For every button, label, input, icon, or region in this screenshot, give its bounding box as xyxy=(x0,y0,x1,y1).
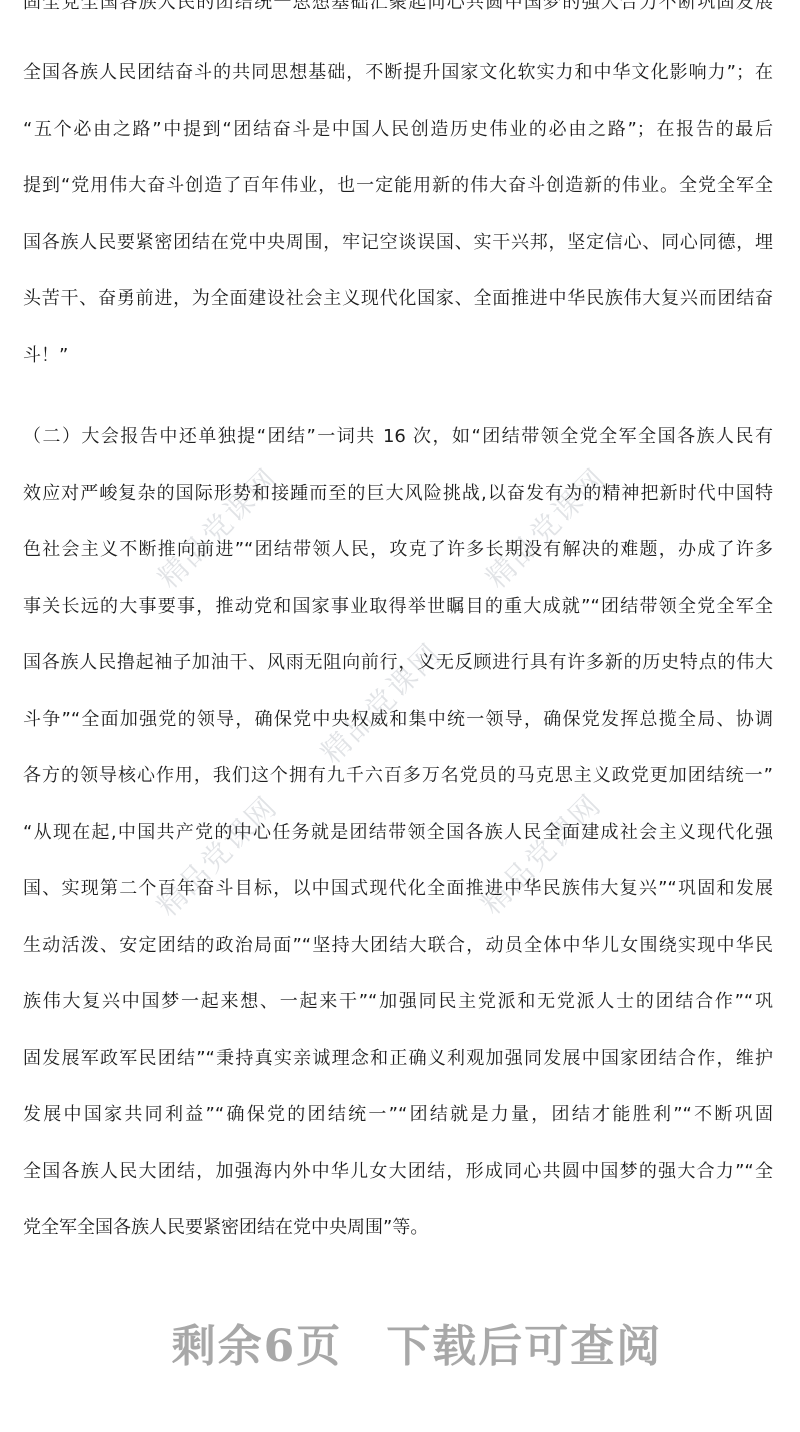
download-hint: 下载后可查阅 xyxy=(386,1321,662,1372)
remaining-pages-count: 剩余6页 xyxy=(172,1321,343,1372)
text-line: 色社会主义不断推向前进”“团结带领人民，攻克了许多长期没有解决的难题，办成了许多 xyxy=(23,522,773,579)
text-line: 族伟大复兴中国梦一起来想、一起来干”“加强同民主党派和无党派人士的团结合作”“巩 xyxy=(23,974,773,1031)
partial-top-line: 固全党全国各族人民的团结统一思想基础汇聚起同心共圆中国梦的强大合力不断巩固发展 xyxy=(23,0,773,13)
text-line: 发展中国家共同利益”“确保党的团结统一”“团结就是力量，团结才能胜利”“不断巩固 xyxy=(23,1087,773,1144)
text-line: 效应对严峻复杂的国际形势和接踵而至的巨大风险挑战,以奋发有为的精神把新时代中国特 xyxy=(23,466,773,523)
text-line: 提到“党用伟大奋斗创造了百年伟业，也一定能用新的伟大奋斗创造新的伟业。全党全军全 xyxy=(23,158,773,215)
text-line: 各方的领导核心作用，我们这个拥有九千六百多万名党员的马克思主义政党更加团结统一” xyxy=(23,748,773,805)
text-line: 固发展军政军民团结”“秉持真实亲诚理念和正确义利观加强同发展中国家团结合作，维护 xyxy=(23,1031,773,1088)
text-line: 党全军全国各族人民要紧密团结在党中央周围”等。 xyxy=(23,1200,773,1257)
text-line: “五个必由之路”中提到“团结奋斗是中国人民创造历史伟业的必由之路”；在报告的最后 xyxy=(23,102,773,159)
text-line: 全国各族人民大团结，加强海内外中华儿女大团结，形成同心共圆中国梦的强大合力”“全 xyxy=(23,1144,773,1201)
text-line: 事关长远的大事要事，推动党和国家事业取得举世瞩目的重大成就”“团结带领全党全军全 xyxy=(23,579,773,636)
text-line: （二）大会报告中还单独提“团结”一词共 16 次，如“团结带领全党全军全国各族人… xyxy=(23,409,773,466)
text-line: 全国各族人民团结奋斗的共同思想基础，不断提升国家文化软实力和中华文化影响力”；在 xyxy=(23,45,773,102)
text-line: 生动活泼、安定团结的政治局面”“坚持大团结大联合，动员全体中华儿女围绕实现中华民 xyxy=(23,918,773,975)
text-line: 国各族人民撸起袖子加油干、风雨无阻向前行，义无反顾进行具有许多新的历史特点的伟大 xyxy=(23,635,773,692)
remaining-pages-banner: 剩余6页下载后可查阅 xyxy=(17,1322,800,1372)
text-line: 头苦干、奋勇前进，为全面建设社会主义现代化国家、全面推进中华民族伟大复兴而团结奋 xyxy=(23,271,773,328)
text-line: 斗争”“全面加强党的领导，确保党中央权威和集中统一领导，确保党发挥总揽全局、协调 xyxy=(23,692,773,749)
body-paragraph-1: 全国各族人民团结奋斗的共同思想基础，不断提升国家文化软实力和中华文化影响力”；在… xyxy=(23,45,773,384)
text-line: 国、实现第二个百年奋斗目标，以中国式现代化全面推进中华民族伟大复兴”“巩固和发展 xyxy=(23,861,773,918)
text-line: “从现在起,中国共产党的中心任务就是团结带领全国各族人民全面建成社会主义现代化强 xyxy=(23,805,773,862)
document-page: 精品党课网精品党课网精品党课网精品党课网精品党课网 固全党全国各族人民的团结统一… xyxy=(0,0,800,1432)
document-text: 固全党全国各族人民的团结统一思想基础汇聚起同心共圆中国梦的强大合力不断巩固发展 … xyxy=(23,0,773,1257)
text-line-clipped: 固全党全国各族人民的团结统一思想基础汇聚起同心共圆中国梦的强大合力不断巩固发展 xyxy=(23,0,773,12)
body-paragraph-2: （二）大会报告中还单独提“团结”一词共 16 次，如“团结带领全党全军全国各族人… xyxy=(23,409,773,1257)
text-line: 斗！” xyxy=(23,328,773,385)
text-line: 国各族人民要紧密团结在党中央周围，牢记空谈误国、实干兴邦，坚定信心、同心同德，埋 xyxy=(23,215,773,272)
